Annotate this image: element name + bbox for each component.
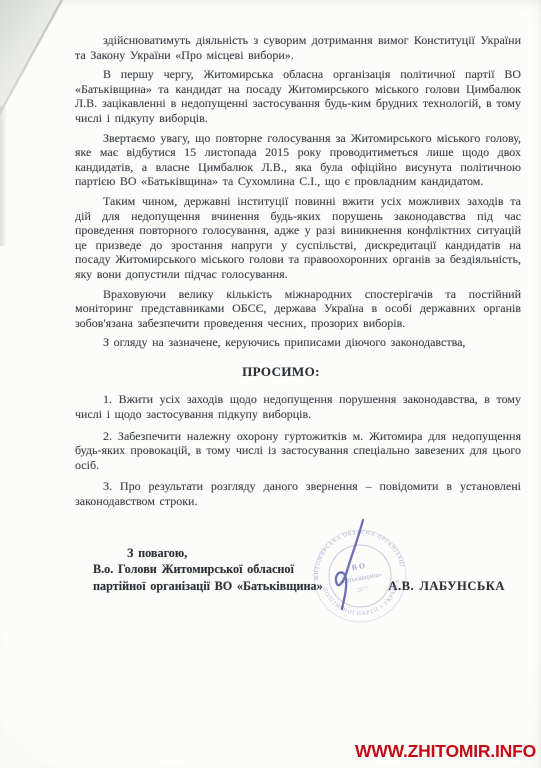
salutation: З повагою,: [93, 545, 323, 562]
request-heading: ПРОСИМО:: [75, 365, 487, 380]
stamp-center-line3: 2077: [356, 586, 368, 594]
signer-position-line1: В.о. Голови Житомирської обласної: [93, 561, 323, 578]
request-item-2: 2. Забезпечити належну охорону гуртожитк…: [75, 429, 521, 473]
official-stamp: ЖИТОМИРСЬКА ОБЛАСНА ОРГАНІЗАЦІЯ ПОЛІТИЧН…: [300, 517, 420, 637]
signer-position-line2: партійної організації ВО «Батьківщина»: [93, 578, 323, 595]
request-items: 1. Вжити усіх заходів щодо недопущення п…: [75, 392, 521, 508]
page-left-edge-shading: [0, 106, 7, 246]
letter-body: здійснюватимуть діяльність з суворим дот…: [75, 33, 521, 595]
page-corner-shadow: [0, 0, 64, 116]
paragraph-6: З огляду на зазначене, керуючись приписа…: [75, 335, 521, 350]
stamp-seal: ЖИТОМИРСЬКА ОБЛАСНА ОРГАНІЗАЦІЯ ПОЛІТИЧН…: [300, 517, 413, 632]
stamp-ring-text-bottom: ПОЛІТИЧНОЇ ПАРТІЇ • УКРАЇНА: [321, 574, 406, 623]
signer-title-block: З повагою, В.о. Голови Житомирської обла…: [93, 545, 323, 595]
paragraph-1: здійснюватимуть діяльність з суворим дот…: [75, 33, 521, 62]
paragraph-5: Враховуючи велику кількість міжнародних …: [75, 287, 521, 331]
stamp-center-line1: В О: [351, 561, 366, 572]
site-watermark: WWW.ZHITOMIR.INFO: [355, 741, 536, 762]
request-item-3: 3. Про результати розгляду даного зверне…: [75, 479, 521, 508]
paragraph-2: В першу чергу, Житомирська обласна орган…: [75, 67, 521, 125]
paragraph-4: Таким чином, державні інституції повинні…: [75, 194, 521, 282]
scanned-letter-page: здійснюватимуть діяльність з суворим дот…: [0, 0, 541, 768]
paragraph-3: Звертаємо увагу, що повторне голосування…: [75, 131, 521, 189]
request-item-1: 1. Вжити усіх заходів щодо недопущення п…: [75, 392, 521, 421]
closing-block: З повагою, В.о. Голови Житомирської обла…: [75, 545, 521, 595]
